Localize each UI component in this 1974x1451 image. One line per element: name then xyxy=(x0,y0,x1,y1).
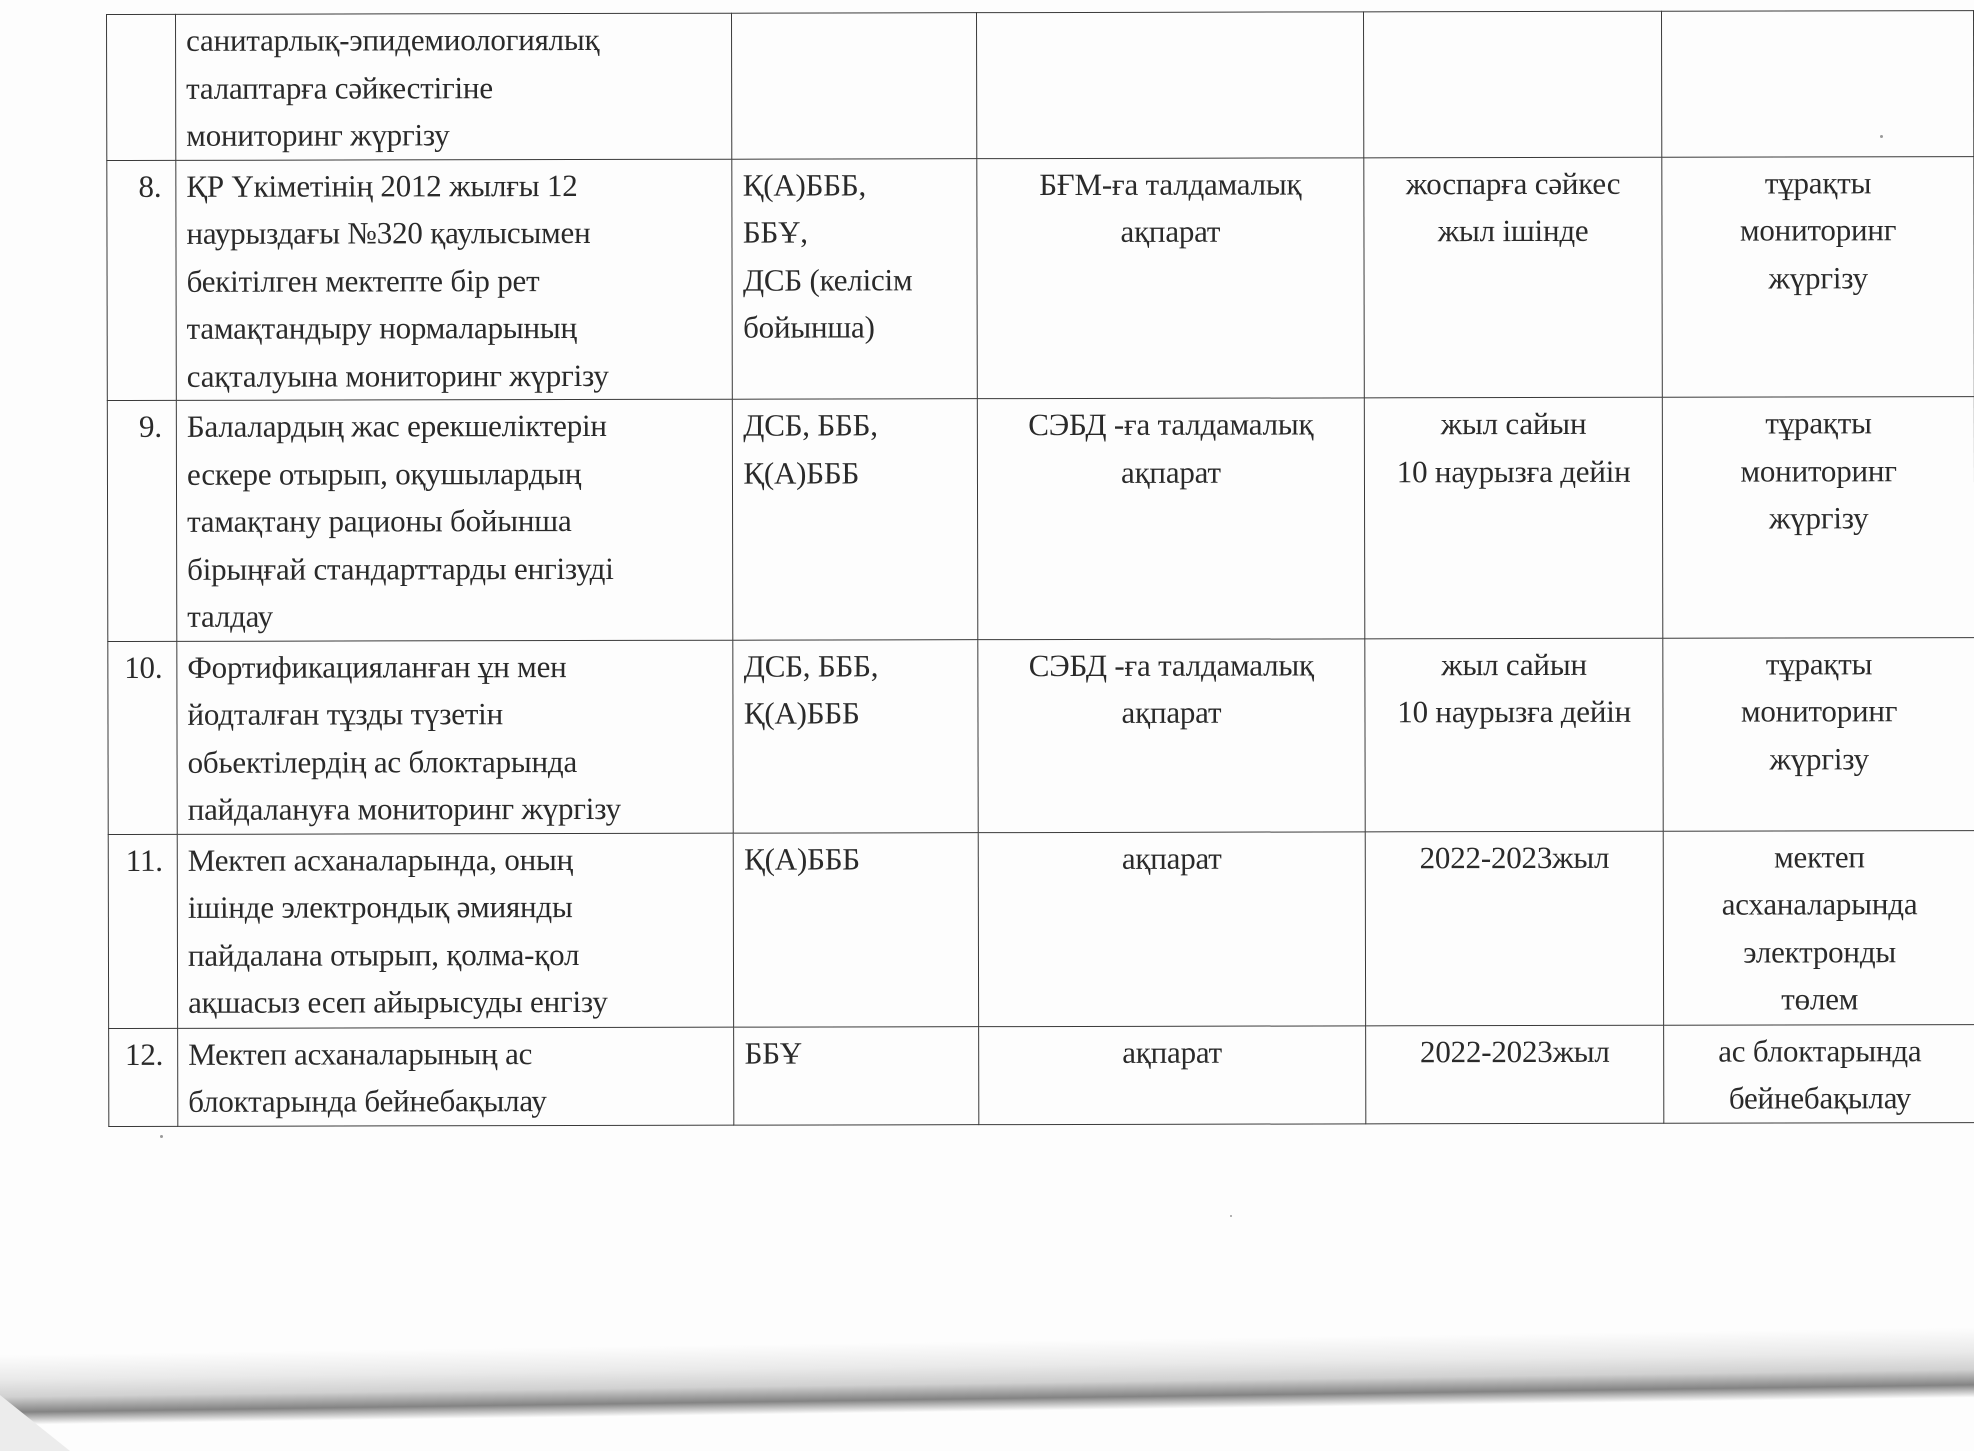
cell-text-line: бейнебақылау xyxy=(1669,1074,1972,1122)
cell-number: 11. xyxy=(108,834,177,1028)
cell-text-line: Мектеп асханаларында, оның xyxy=(188,835,723,884)
table-body: санитарлық-эпидемиологиялықталаптарға сә… xyxy=(107,11,1974,1126)
cell-text-line: Қ(А)БББ xyxy=(743,449,967,497)
cell-deadline: 2022-2023жыл xyxy=(1365,831,1664,1026)
cell-responsible: ДСБ, БББ,Қ(А)БББ xyxy=(733,399,978,640)
cell-number: 10. xyxy=(108,641,177,834)
cell-text-line: ДСБ (келісім xyxy=(743,256,967,304)
cell-text-line: мониторинг xyxy=(1667,206,1970,254)
cell-text-line: Мектеп асханаларының ас xyxy=(188,1029,723,1078)
cell-text-line: тамақтандыру нормаларының xyxy=(187,304,722,353)
cell-text-line: ас блоктарында xyxy=(1668,1027,1971,1075)
cell-action: Балалардың жас ерекшеліктерінескере отыр… xyxy=(176,399,733,641)
cell-text-line: Қ(А)БББ, xyxy=(743,161,967,209)
cell-expected-result: мектепасханаларындаэлектрондытөлем xyxy=(1664,830,1974,1025)
cell-text-line: ақпарат xyxy=(983,834,1361,882)
cell-text-line: санитарлық-эпидемиологиялық xyxy=(186,16,721,65)
cell-action: Мектеп асханаларының асблоктарында бейне… xyxy=(178,1027,735,1126)
cell-completion-form: СЭБД -ға талдамалықақпарат xyxy=(977,398,1365,639)
cell-number: 12. xyxy=(109,1028,178,1126)
cell-text-line: тамақтану рационы бойынша xyxy=(187,497,722,546)
cell-text-line: талаптарға сәйкестігіне xyxy=(186,63,721,112)
cell-text-line: бекітілген мектепте бір рет xyxy=(187,256,722,305)
row-number: 10. xyxy=(112,643,162,691)
cell-responsible: ДСБ, БББ,Қ(А)БББ xyxy=(733,639,978,833)
cell-text-line: мектеп xyxy=(1668,833,1971,881)
cell-completion-form: БҒМ-ға талдамалықақпарат xyxy=(977,157,1365,398)
cell-text-line: тұрақты xyxy=(1668,640,1971,688)
cell-action: санитарлық-эпидемиологиялықталаптарға сә… xyxy=(176,13,733,160)
cell-expected-result: тұрақтымониторингжүргізу xyxy=(1662,156,1974,397)
cell-text-line: жыл сайын xyxy=(1369,640,1658,688)
cell-text-line: тұрақты xyxy=(1667,399,1970,447)
scanned-page: санитарлық-эпидемиологиялықталаптарға сә… xyxy=(0,0,1974,1451)
table-row: 11.Мектеп асханаларында, оныңішінде элек… xyxy=(108,830,1974,1028)
cell-text-line: жыл ішінде xyxy=(1368,207,1657,255)
table-row: 8.ҚР Үкіметінің 2012 жылғы 12наурыздағы … xyxy=(107,156,1974,400)
cell-text-line: обьектілердің ас блоктарында xyxy=(188,737,723,786)
cell-text-line: блоктарында бейнебақылау xyxy=(188,1077,723,1126)
cell-completion-form: СЭБД -ға талдамалықақпарат xyxy=(978,638,1366,832)
scan-speck xyxy=(160,1135,163,1138)
scan-speck xyxy=(1880,135,1883,138)
cell-expected-result xyxy=(1662,11,1974,157)
cell-text-line: СЭБД -ға талдамалық xyxy=(982,641,1360,689)
action-plan-table: санитарлық-эпидемиологиялықталаптарға сә… xyxy=(106,10,1974,1126)
cell-text-line: Қ(А)БББ xyxy=(744,689,968,737)
cell-text-line: электронды xyxy=(1668,928,1971,976)
cell-text-line: жыл сайын xyxy=(1369,400,1658,448)
cell-number: 8. xyxy=(107,160,177,401)
cell-text-line: 10 наурызға дейін xyxy=(1369,447,1658,495)
cell-text-line: пайдалануға мониторинг жүргізу xyxy=(188,785,723,834)
row-number: 11. xyxy=(113,836,163,884)
cell-text-line: ББҰ xyxy=(745,1029,969,1077)
cell-text-line: бойынша) xyxy=(743,303,967,351)
cell-text-line: БҒМ-ға талдамалық xyxy=(981,160,1359,208)
cell-text-line: Қ(А)БББ xyxy=(744,835,968,883)
cell-text-line: ДСБ, БББ, xyxy=(744,642,968,690)
cell-text-line: ҚР Үкіметінің 2012 жылғы 12 xyxy=(186,161,721,210)
cell-deadline: 2022-2023жыл xyxy=(1366,1025,1665,1124)
cell-text-line: бірыңғай стандарттарды енгізуді xyxy=(187,544,722,593)
page-corner-fold xyxy=(0,1395,70,1451)
cell-deadline: жыл сайын10 наурызға дейін xyxy=(1364,397,1663,638)
cell-completion-form: ақпарат xyxy=(978,1025,1365,1124)
cell-expected-result: тұрақтымониторингжүргізу xyxy=(1663,397,1974,638)
cell-responsible: Қ(А)БББ,ББҰ,ДСБ (келісімбойынша) xyxy=(732,158,977,399)
cell-text-line: жоспарға сәйкес xyxy=(1368,159,1657,207)
cell-deadline: жыл сайын10 наурызға дейін xyxy=(1365,638,1664,832)
cell-text-line: ақпарат xyxy=(981,207,1359,255)
cell-text-line: ішінде электрондық әмиянды xyxy=(188,883,723,932)
cell-completion-form: ақпарат xyxy=(978,831,1366,1026)
row-number: 8. xyxy=(111,162,161,210)
cell-text-line: мониторинг xyxy=(1668,687,1971,735)
cell-action: Мектеп асханаларында, оныңішінде электро… xyxy=(177,833,734,1028)
cell-text-line: наурыздағы №320 қаулысымен xyxy=(186,209,721,258)
cell-text-line: йодталған тұзды түзетін xyxy=(187,690,722,739)
cell-responsible xyxy=(732,13,977,159)
cell-text-line: төлем xyxy=(1668,975,1971,1023)
cell-text-line: ақпарат xyxy=(982,688,1360,736)
cell-text-line: асханаларында xyxy=(1668,880,1971,928)
cell-completion-form xyxy=(976,12,1363,158)
cell-text-line: ескере отырып, оқушылардың xyxy=(187,449,722,498)
cell-text-line: тұрақты xyxy=(1667,159,1970,207)
cell-number: 9. xyxy=(107,400,177,641)
cell-text-line: 10 наурызға дейін xyxy=(1369,688,1658,736)
cell-text-line: 2022-2023жыл xyxy=(1370,833,1659,881)
cell-text-line: мониторинг xyxy=(1667,447,1970,495)
cell-action: Фортификацияланған ұн менйодталған тұзды… xyxy=(177,640,734,834)
cell-text-line: ақпарат xyxy=(982,448,1360,496)
cell-text-line: Фортификацияланған ұн мен xyxy=(187,642,722,691)
cell-text-line: сақталуына мониторинг жүргізу xyxy=(187,351,722,400)
cell-text-line: СЭБД -ға талдамалық xyxy=(982,400,1360,448)
cell-text-line: талдау xyxy=(187,592,722,641)
cell-text-line: жүргізу xyxy=(1667,494,1970,542)
cell-text-line: 2022-2023жыл xyxy=(1370,1027,1659,1075)
cell-expected-result: тұрақтымониторингжүргізу xyxy=(1663,637,1974,831)
cell-text-line: ДСБ, БББ, xyxy=(743,401,967,449)
cell-responsible: ББҰ xyxy=(734,1026,979,1125)
table-row: 9.Балалардың жас ерекшеліктерінескере от… xyxy=(107,397,1974,641)
cell-text-line: ББҰ, xyxy=(743,208,967,256)
cell-text-line: пайдалана отырып, қолма-қол xyxy=(188,930,723,979)
cell-deadline: жоспарға сәйкесжыл ішінде xyxy=(1364,157,1663,398)
table-row: санитарлық-эпидемиологиялықталаптарға сә… xyxy=(107,11,1974,160)
cell-expected-result: ас блоктарындабейнебақылау xyxy=(1664,1024,1974,1123)
table-row: 12.Мектеп асханаларының асблоктарында бе… xyxy=(109,1024,1974,1126)
scan-speck xyxy=(1230,1215,1232,1217)
cell-text-line: ақшасыз есеп айырысуды енгізу xyxy=(188,978,723,1027)
cell-responsible: Қ(А)БББ xyxy=(734,832,979,1027)
scanner-edge-shadow xyxy=(0,1327,1974,1425)
cell-text-line: жүргізу xyxy=(1667,254,1970,302)
cell-text-line: жүргізу xyxy=(1668,735,1971,783)
cell-number xyxy=(107,14,176,160)
cell-deadline xyxy=(1364,11,1663,157)
cell-action: ҚР Үкіметінің 2012 жылғы 12наурыздағы №3… xyxy=(176,159,733,401)
row-number: 9. xyxy=(112,403,162,451)
table-row: 10.Фортификацияланған ұн менйодталған тұ… xyxy=(108,637,1974,834)
cell-text-line: Балалардың жас ерекшеліктерін xyxy=(187,402,722,451)
cell-text-line: мониторинг жүргізу xyxy=(186,111,721,160)
row-number: 12. xyxy=(113,1030,163,1078)
cell-text-line: ақпарат xyxy=(983,1028,1361,1076)
